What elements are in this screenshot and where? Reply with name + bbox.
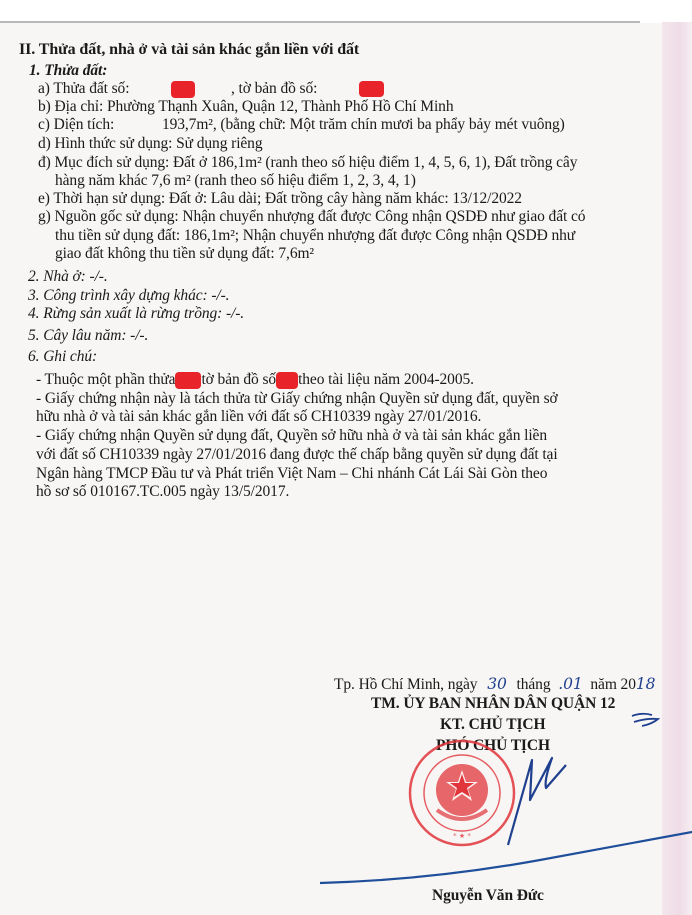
usage-term-row: e) Thời hạn sử dụng: Đất ở: Lâu dài; Đất…	[38, 190, 522, 208]
land-parcel-row: a) Thửa đất số: , tờ bản đồ số:	[38, 80, 384, 98]
note-2-line-1: - Giấy chứng nhận này là tách thửa từ Gi…	[36, 390, 558, 408]
address-row: b) Địa chỉ: Phường Thạnh Xuân, Quận 12, …	[38, 98, 453, 116]
signer-role-acting: KT. CHỦ TỊCH	[440, 716, 545, 734]
land-heading: 1. Thửa đất:	[29, 62, 107, 80]
place-date-prefix: Tp. Hồ Chí Minh, ngày	[334, 676, 477, 693]
paper-top-edge	[0, 21, 640, 23]
section-title: II. Thửa đất, nhà ở và tài sản khác gắn …	[19, 41, 359, 59]
handwritten-day: 30	[487, 675, 507, 693]
usage-purpose-line-2: hàng năm khác 7,6 m² (ranh theo số hiệu …	[55, 172, 416, 190]
notes-heading: 6. Ghi chú:	[28, 348, 97, 366]
area-row: c) Diện tích: 193,7m², (bằng chữ: Một tr…	[38, 116, 565, 134]
certificate-pink-border	[662, 22, 692, 915]
origin-line-1: g) Nguồn gốc sử dụng: Nhận chuyển nhượng…	[38, 208, 585, 226]
year-label: năm 20	[590, 676, 635, 693]
area-value: 193,7m², (bằng chữ: Một trăm chín mươi b…	[162, 116, 565, 133]
initial-mark-icon	[628, 710, 668, 730]
pen-stroke-line-icon	[310, 830, 692, 890]
origin-line-3: giao đất không thu tiền sử dụng đất: 7,6…	[55, 245, 314, 263]
forest-row: 4. Rừng sản xuất là rừng trồng: -/-.	[28, 305, 244, 323]
perennial-row: 5. Cây lâu năm: -/-.	[28, 327, 148, 345]
note-3-line-3: Ngân hàng TMCP Đầu tư và Phát triển Việt…	[36, 465, 547, 483]
redacted-parcel-number	[171, 81, 195, 98]
redacted-map-sheet-number	[359, 81, 384, 97]
scan-top-margin	[0, 0, 692, 21]
signer-name: Nguyễn Văn Đức	[432, 887, 544, 905]
note-3-line-1: - Giấy chứng nhận Quyền sử dụng đất, Quy…	[36, 427, 547, 445]
house-row: 2. Nhà ở: -/-.	[28, 268, 108, 286]
note-1-part-a: - Thuộc một phần thửa	[36, 371, 175, 388]
map-sheet-label: , tờ bản đồ số:	[231, 80, 317, 97]
handwritten-month: .01	[558, 675, 582, 693]
usage-form-row: d) Hình thức sử dụng: Sử dụng riêng	[38, 135, 262, 153]
note-3-line-2: với đất số CH10339 ngày 27/01/2016 đang …	[36, 446, 558, 464]
other-construction-row: 3. Công trình xây dựng khác: -/-.	[28, 287, 229, 305]
note-1-part-b: tờ bản đồ số	[201, 371, 276, 388]
origin-line-2: thu tiền sử dụng đất: 186,1m²; Nhận chuy…	[55, 227, 575, 245]
issuing-organization: TM. ỦY BAN NHÂN DÂN QUẬN 12	[371, 695, 615, 713]
handwritten-year: 18	[636, 675, 656, 693]
place-date-line: Tp. Hồ Chí Minh, ngày 30 tháng .01 năm 2…	[334, 675, 655, 694]
redacted-parcel-number	[175, 372, 201, 389]
area-label: c) Diện tích:	[38, 116, 114, 133]
parcel-number-label: a) Thửa đất số:	[38, 80, 129, 97]
month-label: tháng	[517, 676, 551, 693]
note-1: - Thuộc một phần thửatờ bản đồ sốtheo tà…	[36, 371, 474, 389]
note-1-part-c: theo tài liệu năm 2004-2005.	[298, 371, 474, 388]
note-3-line-4: hồ sơ số 010167.TC.005 ngày 13/5/2017.	[36, 483, 289, 501]
redacted-map-sheet-number	[276, 372, 298, 389]
note-2-line-2: hữu nhà ở và tài sản khác gắn liền với đ…	[36, 408, 481, 426]
usage-purpose-line-1: đ) Mục đích sử dụng: Đất ở 186,1m² (ranh…	[38, 154, 577, 172]
